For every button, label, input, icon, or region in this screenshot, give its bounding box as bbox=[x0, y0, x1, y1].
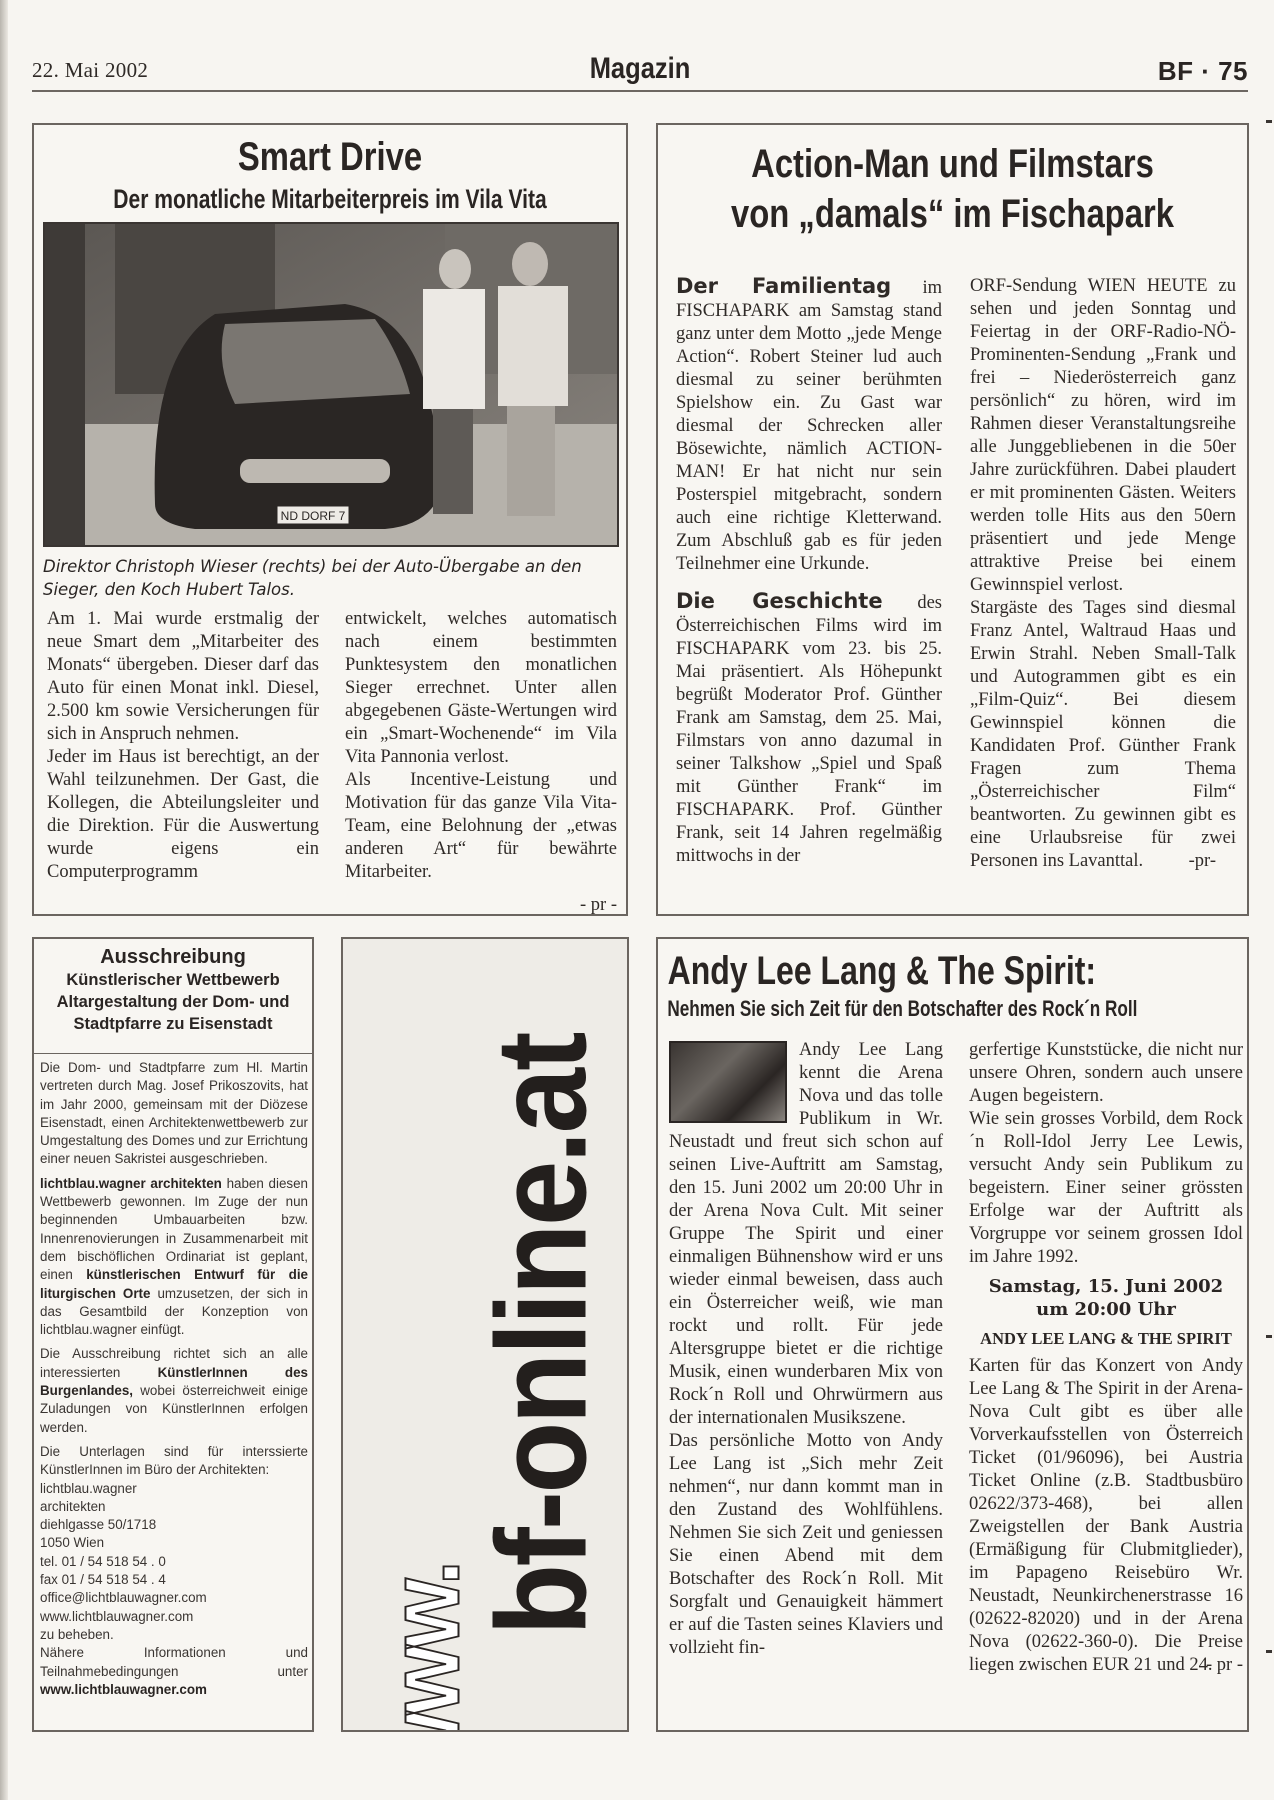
url-text[interactable]: www.lichtblauwagner.com bbox=[40, 1682, 207, 1697]
ad-www-prefix: www. bbox=[368, 1048, 483, 1732]
address-block: lichtblau.wagner architekten diehlgasse … bbox=[40, 1480, 308, 1645]
column-2: gerfertige Kunststücke, die nicht nur un… bbox=[969, 1039, 1243, 1677]
article-title: Andy Lee Lang & The Spirit: bbox=[658, 947, 1129, 995]
scan-mark bbox=[1266, 120, 1272, 123]
page-header: 22. Mai 2002 Magazin BF · 75 bbox=[32, 52, 1248, 92]
event-time: um 20:00 Uhr bbox=[969, 1298, 1243, 1321]
title-line-2: von „damals“ im Fischapark bbox=[711, 189, 1194, 239]
runin-heading: Der Familientag bbox=[676, 274, 891, 298]
article-andy-lee-lang: Andy Lee Lang & The Spirit: Nehmen Sie s… bbox=[656, 937, 1249, 1732]
ad-bf-online[interactable]: www. bf-online.at bbox=[341, 937, 629, 1732]
paragraph: entwickelt, welches automatisch nach ein… bbox=[345, 608, 617, 769]
event-date: Samstag, 15. Juni 2002 bbox=[969, 1275, 1243, 1298]
article-body: Andy Lee Lang kennt die Arena Nova und d… bbox=[669, 1039, 1244, 1677]
column-1: Andy Lee Lang kennt die Arena Nova und d… bbox=[669, 1039, 943, 1677]
column-1: Der Familientag im FISCHAPARK am Samstag… bbox=[676, 275, 942, 873]
ad-text: www. bf-online.at bbox=[368, 1008, 603, 1662]
page-number: BF · 75 bbox=[1158, 56, 1248, 87]
article-body: Die Dom- und Stadtpfarre zum Hl. Martin … bbox=[40, 1059, 308, 1699]
website-link-bold[interactable]: www.lichtblauwagner.com bbox=[40, 1681, 308, 1699]
paragraph: Stargäste des Tages sind diesmal Franz A… bbox=[970, 597, 1236, 873]
paragraph: Die Unterlagen sind für interssierte Kün… bbox=[40, 1443, 308, 1480]
paragraph: Als Incentive-Leistung und Motivation fü… bbox=[345, 769, 617, 884]
author-signoff: - pr - bbox=[345, 894, 617, 917]
fax: fax 01 / 54 518 54 . 4 bbox=[40, 1571, 308, 1589]
address-line: lichtblau.wagner bbox=[40, 1480, 308, 1498]
divider bbox=[34, 1053, 312, 1054]
column-1: Am 1. Mai wurde erstmalig der neue Smart… bbox=[47, 608, 319, 917]
smart-car-photo: ND DORF 7 bbox=[43, 222, 619, 547]
paragraph: Das persönliche Motto von Andy Lee Lang … bbox=[669, 1430, 943, 1660]
paragraph: Der Familientag im FISCHAPARK am Samstag… bbox=[676, 275, 942, 576]
article-body: Am 1. Mai wurde erstmalig der neue Smart… bbox=[47, 608, 617, 917]
andy-lee-lang-photo bbox=[669, 1041, 787, 1123]
article-ausschreibung: Ausschreibung Künstlerischer Wettbewerb … bbox=[32, 937, 314, 1732]
paragraph: Wie sein grosses Vorbild, dem Rock´n Rol… bbox=[969, 1108, 1243, 1269]
article-subtitle: Der monatliche Mitarbeiterpreis im Vila … bbox=[99, 183, 561, 215]
paragraph: ORF-Sendung WIEN HEUTE zu sehen und jede… bbox=[970, 275, 1236, 597]
article-title: Smart Drive bbox=[87, 135, 572, 179]
article-smart-drive: Smart Drive Der monatliche Mitarbeiterpr… bbox=[32, 123, 628, 916]
scan-mark bbox=[1266, 1335, 1272, 1338]
article-action-man: Action-Man und Filmstars von „damals“ im… bbox=[656, 123, 1249, 916]
column-2: ORF-Sendung WIEN HEUTE zu sehen und jede… bbox=[970, 275, 1236, 873]
photo-caption: Direktor Christoph Wieser (rechts) bei d… bbox=[43, 555, 619, 601]
title-line-1: Action-Man und Filmstars bbox=[711, 139, 1194, 189]
address-line: architekten bbox=[40, 1498, 308, 1516]
subtitle-line: Künstlerischer Wettbewerb bbox=[34, 969, 312, 991]
subtitle-line: Altargestaltung der Dom- und bbox=[34, 991, 312, 1013]
section-title: Magazin bbox=[123, 52, 1157, 86]
paragraph: Am 1. Mai wurde erstmalig der neue Smart… bbox=[47, 608, 319, 746]
address-line: 1050 Wien bbox=[40, 1534, 308, 1552]
photo-illustration: ND DORF 7 bbox=[45, 224, 619, 547]
bold-text: lichtblau.wagner architekten bbox=[40, 1176, 222, 1191]
event-band: ANDY LEE LANG & THE SPIRIT bbox=[969, 1327, 1243, 1350]
paragraph: Jeder im Haus ist berechtigt, an der Wah… bbox=[47, 746, 319, 884]
paragraph: Die Ausschreibung richtet sich an alle i… bbox=[40, 1345, 308, 1436]
ad-domain: bf-online.at bbox=[483, 1034, 603, 1635]
article-title: Ausschreibung bbox=[34, 945, 312, 969]
paragraph: Karten für das Konzert von Andy Lee Lang… bbox=[969, 1355, 1243, 1677]
paragraph: lichtblau.wagner architekten haben diese… bbox=[40, 1175, 308, 1340]
paragraph: Nähere Informationen und Teilnahmebeding… bbox=[40, 1644, 308, 1681]
paragraph: Die Geschichte des Österreichischen Film… bbox=[676, 590, 942, 868]
paragraph-text: im FISCHAPARK am Samstag stand ganz unte… bbox=[676, 278, 942, 574]
paragraph: Die Dom- und Stadtpfarre zum Hl. Martin … bbox=[40, 1059, 308, 1169]
license-plate: ND DORF 7 bbox=[281, 509, 346, 523]
subtitle-line: Stadtpfarre zu Eisenstadt bbox=[34, 1013, 312, 1035]
article-body: Der Familientag im FISCHAPARK am Samstag… bbox=[676, 275, 1236, 873]
paragraph-text: des Österreichischen Films wird im FISCH… bbox=[676, 593, 942, 866]
paragraph: gerfertige Kunststücke, die nicht nur un… bbox=[969, 1039, 1243, 1108]
scan-mark bbox=[1266, 1650, 1272, 1653]
phone: tel. 01 / 54 518 54 . 0 bbox=[40, 1553, 308, 1571]
address-line: diehlgasse 50/1718 bbox=[40, 1516, 308, 1534]
runin-heading: Die Geschichte bbox=[676, 589, 883, 613]
article-subtitle: Nehmen Sie sich Zeit für den Botschafter… bbox=[658, 995, 1117, 1023]
column-2: entwickelt, welches automatisch nach ein… bbox=[345, 608, 617, 917]
website-link[interactable]: www.lichtblauwagner.com bbox=[40, 1608, 308, 1626]
email-link[interactable]: office@lichtblauwagner.com bbox=[40, 1589, 308, 1607]
scan-edge bbox=[0, 0, 8, 1800]
article-title: Action-Man und Filmstars von „damals“ im… bbox=[711, 139, 1194, 239]
address-line: zu beheben. bbox=[40, 1626, 308, 1644]
